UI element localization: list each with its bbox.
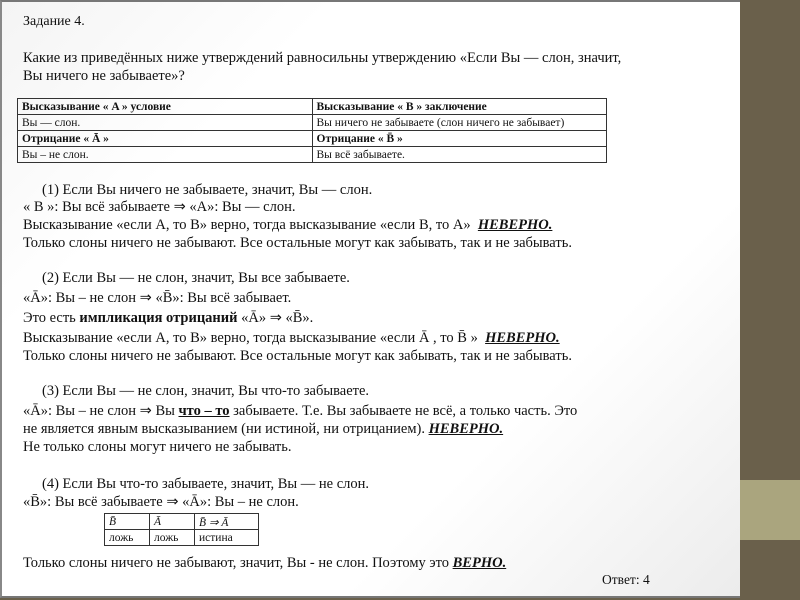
question-line-2: Вы ничего не забываете»?	[23, 68, 185, 85]
truth-header-3: B̄ ⇒ Ā	[195, 514, 259, 530]
statement-table-row: Вы – не слон.Вы всё забываете.	[18, 147, 607, 163]
option-1-line-3: Высказывание «если A, то B» верно, тогда…	[23, 217, 552, 234]
statement-table-row: Вы — слон.Вы ничего не забываете (слон н…	[18, 115, 607, 131]
truth-table: B̄ Ā B̄ ⇒ Ā ложь ложь истина	[104, 513, 259, 546]
truth-value-2: ложь	[150, 530, 195, 546]
slide: Задание 4. Какие из приведённых ниже утв…	[0, 0, 740, 598]
option-1-line-2: « B »: Вы всё забываете ⇒ «A»: Вы — слон…	[23, 199, 295, 216]
option-4-line-2: «B̄»: Вы всё забываете ⇒ «Ā»: Вы – не сл…	[23, 494, 299, 511]
option-3-text-2: забываете. Т.е. Вы забываете не всё, а т…	[233, 403, 577, 419]
option-2-formula: «Ā» ⇒ «B̄».	[241, 310, 313, 326]
statement-table-cell: Вы всё забываете.	[312, 147, 607, 163]
option-2-line-3: Это есть импликация отрицаний «Ā» ⇒ «B̄»…	[23, 310, 313, 327]
truth-header-2: Ā	[150, 514, 195, 530]
option-4-heading: (4) Если Вы что-то забываете, значит, Вы…	[42, 476, 369, 493]
truth-value-1: ложь	[105, 530, 150, 546]
statement-table: Высказывание « A » условиеВысказывание «…	[17, 98, 607, 163]
option-3-reasoning: не является явным высказыванием (ни исти…	[23, 421, 425, 437]
option-1-reasoning: Высказывание «если A, то B» верно, тогда…	[23, 217, 471, 233]
option-3-verdict: НЕВЕРНО.	[429, 421, 504, 437]
statement-table-row: Отрицание « Ā »Отрицание « B̄ »	[18, 131, 607, 147]
option-2-bold-term: импликация отрицаний	[79, 310, 237, 326]
option-2-reasoning: Высказывание «если A, то B» верно, тогда…	[23, 330, 478, 346]
option-1-heading: (1) Если Вы ничего не забываете, значит,…	[42, 182, 372, 199]
option-2-line-2: «Ā»: Вы – не слон ⇒ «B̄»: Вы всё забывае…	[23, 290, 291, 307]
statement-table-cell: Вы — слон.	[18, 115, 313, 131]
option-1-line-4: Только слоны ничего не забывают. Все ост…	[23, 235, 572, 252]
option-4-verdict: ВЕРНО.	[453, 555, 507, 571]
statement-table-row: Высказывание « A » условиеВысказывание «…	[18, 99, 607, 115]
statement-table-cell: Отрицание « Ā »	[18, 131, 313, 147]
option-3-line-3: не является явным высказыванием (ни исти…	[23, 421, 503, 438]
statement-table-cell: Вы ничего не забываете (слон ничего не з…	[312, 115, 607, 131]
statement-table-cell: Отрицание « B̄ »	[312, 131, 607, 147]
option-2-heading: (2) Если Вы — не слон, значит, Вы все за…	[42, 270, 350, 287]
statement-table-cell: Высказывание « B » заключение	[312, 99, 607, 115]
option-2-text: Это есть	[23, 310, 76, 326]
option-2-line-4: Высказывание «если A, то B» верно, тогда…	[23, 330, 560, 347]
option-3-heading: (3) Если Вы — не слон, значит, Вы что-то…	[42, 383, 369, 400]
truth-value-3: истина	[195, 530, 259, 546]
option-4-line-3: Только слоны ничего не забывают, значит,…	[23, 555, 506, 572]
statement-table-cell: Вы – не слон.	[18, 147, 313, 163]
option-3-text: «Ā»: Вы – не слон ⇒ Вы	[23, 403, 175, 419]
option-3-emphasis: что – то	[178, 403, 229, 419]
question-line-1: Какие из приведённых ниже утверждений ра…	[23, 50, 621, 67]
option-1-verdict: НЕВЕРНО.	[478, 217, 553, 233]
truth-header-1: B̄	[105, 514, 150, 530]
task-title: Задание 4.	[23, 13, 85, 30]
statement-table-cell: Высказывание « A » условие	[18, 99, 313, 115]
option-2-verdict: НЕВЕРНО.	[485, 330, 560, 346]
option-3-line-2: «Ā»: Вы – не слон ⇒ Вы что – то забывает…	[23, 403, 577, 420]
option-2-line-5: Только слоны ничего не забывают. Все ост…	[23, 348, 572, 365]
option-3-line-4: Не только слоны могут ничего не забывать…	[23, 439, 292, 456]
side-bar-accent	[740, 480, 800, 540]
answer: Ответ: 4	[602, 571, 650, 588]
option-4-reasoning: Только слоны ничего не забывают, значит,…	[23, 555, 449, 571]
